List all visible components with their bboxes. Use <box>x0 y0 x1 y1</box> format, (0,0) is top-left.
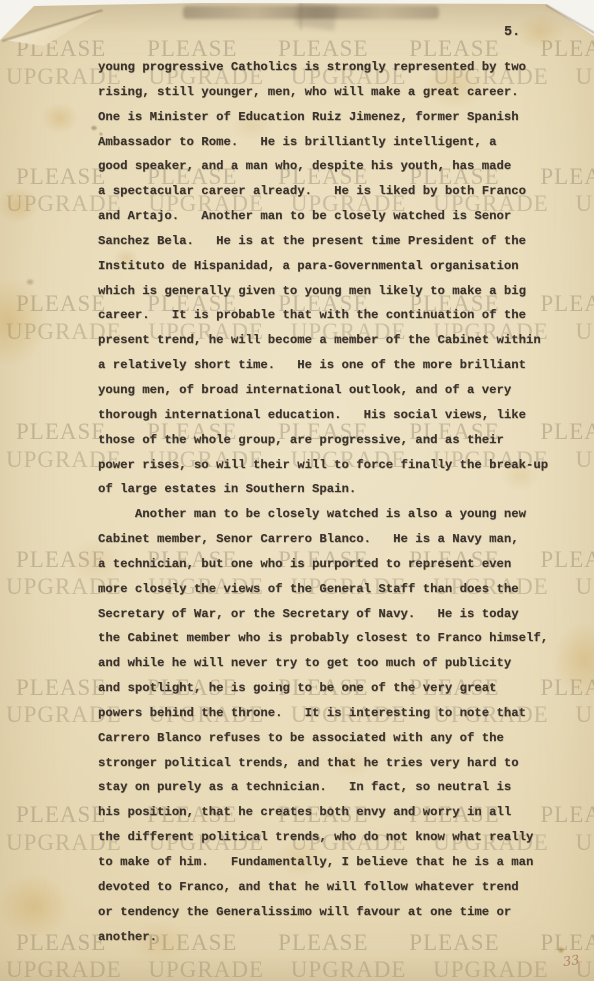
typewritten-line: which is generally given to young men li… <box>98 279 548 304</box>
typewritten-line: a relatively short time. He is one of th… <box>98 353 548 378</box>
typewritten-line: and spotlight, he is going to be one of … <box>98 676 548 701</box>
typewritten-line: Ambassador to Rome. He is brilliantly in… <box>98 130 548 155</box>
typewritten-line: and while he will never try to get too m… <box>98 651 548 676</box>
typewritten-line: present trend, he will become a member o… <box>98 328 548 353</box>
typewritten-line: young men, of broad international outloo… <box>98 378 548 403</box>
page-number: 5. <box>504 25 520 40</box>
typewritten-line: thorough international education. His so… <box>98 403 548 428</box>
paper-crease <box>300 0 302 30</box>
typewritten-line: Secretary of War, or the Secretary of Na… <box>98 602 548 627</box>
typewritten-line: Instituto de Hispanidad, a para-Governme… <box>98 254 548 279</box>
scanned-document: PLEASE PLEASE PLEASE PLEASE PLEASE PLEAS… <box>0 0 594 981</box>
paper-sheet: PLEASE PLEASE PLEASE PLEASE PLEASE PLEAS… <box>0 0 594 981</box>
handwritten-corner-number: 33 <box>562 953 580 970</box>
typewritten-line: the different political trends, who do n… <box>98 825 548 850</box>
typewritten-line: rising, still younger, men, who will mak… <box>98 80 548 105</box>
typewritten-text-block: young progressive Catholics is strongly … <box>98 55 548 949</box>
typewritten-line: or tendency the Generalissimo will favou… <box>98 900 548 925</box>
typewritten-line: his position, that he creates both envy … <box>98 800 548 825</box>
typewritten-line: Carrero Blanco refuses to be associated … <box>98 726 548 751</box>
watermark-row: UPGRADE UPGRADE UPGRADE UPGRADE UPGRADE … <box>6 957 594 981</box>
typewritten-line: powers behind the throne. It is interest… <box>98 701 548 726</box>
typewritten-line: One is Minister of Education Ruiz Jimene… <box>98 105 548 130</box>
typewritten-line: to make of him. Fundamentally, I believe… <box>98 850 548 875</box>
typewritten-line: stay on purely as a technician. In fact,… <box>98 775 548 800</box>
typewritten-line: those of the whole group, are progressiv… <box>98 428 548 453</box>
typewritten-line: Another man to be closely watched is als… <box>98 502 548 527</box>
typewritten-line: and Artajo. Another man to be closely wa… <box>98 204 548 229</box>
typewritten-line: stronger political trends, and that he t… <box>98 751 548 776</box>
typewritten-line: young progressive Catholics is strongly … <box>98 55 548 80</box>
typewritten-line: devoted to Franco, and that he will foll… <box>98 875 548 900</box>
typewritten-line: career. It is probable that with the con… <box>98 303 548 328</box>
typewritten-line: power rises, so will their will to force… <box>98 453 548 478</box>
typewritten-line: the Cabinet member who is probably close… <box>98 626 548 651</box>
typewritten-line: another. <box>98 925 548 950</box>
typewritten-line: Cabinet member, Senor Carrero Blanco. He… <box>98 527 548 552</box>
typewritten-line: of large estates in Southern Spain. <box>98 477 548 502</box>
typewritten-line: Sanchez Bela. He is at the present time … <box>98 229 548 254</box>
typewritten-line: good speaker, and a man who, despite his… <box>98 154 548 179</box>
typewritten-line: a spectacular career already. He is like… <box>98 179 548 204</box>
typewritten-line: more closely the views of the General St… <box>98 577 548 602</box>
typewritten-line: a technician, but one who is purported t… <box>98 552 548 577</box>
